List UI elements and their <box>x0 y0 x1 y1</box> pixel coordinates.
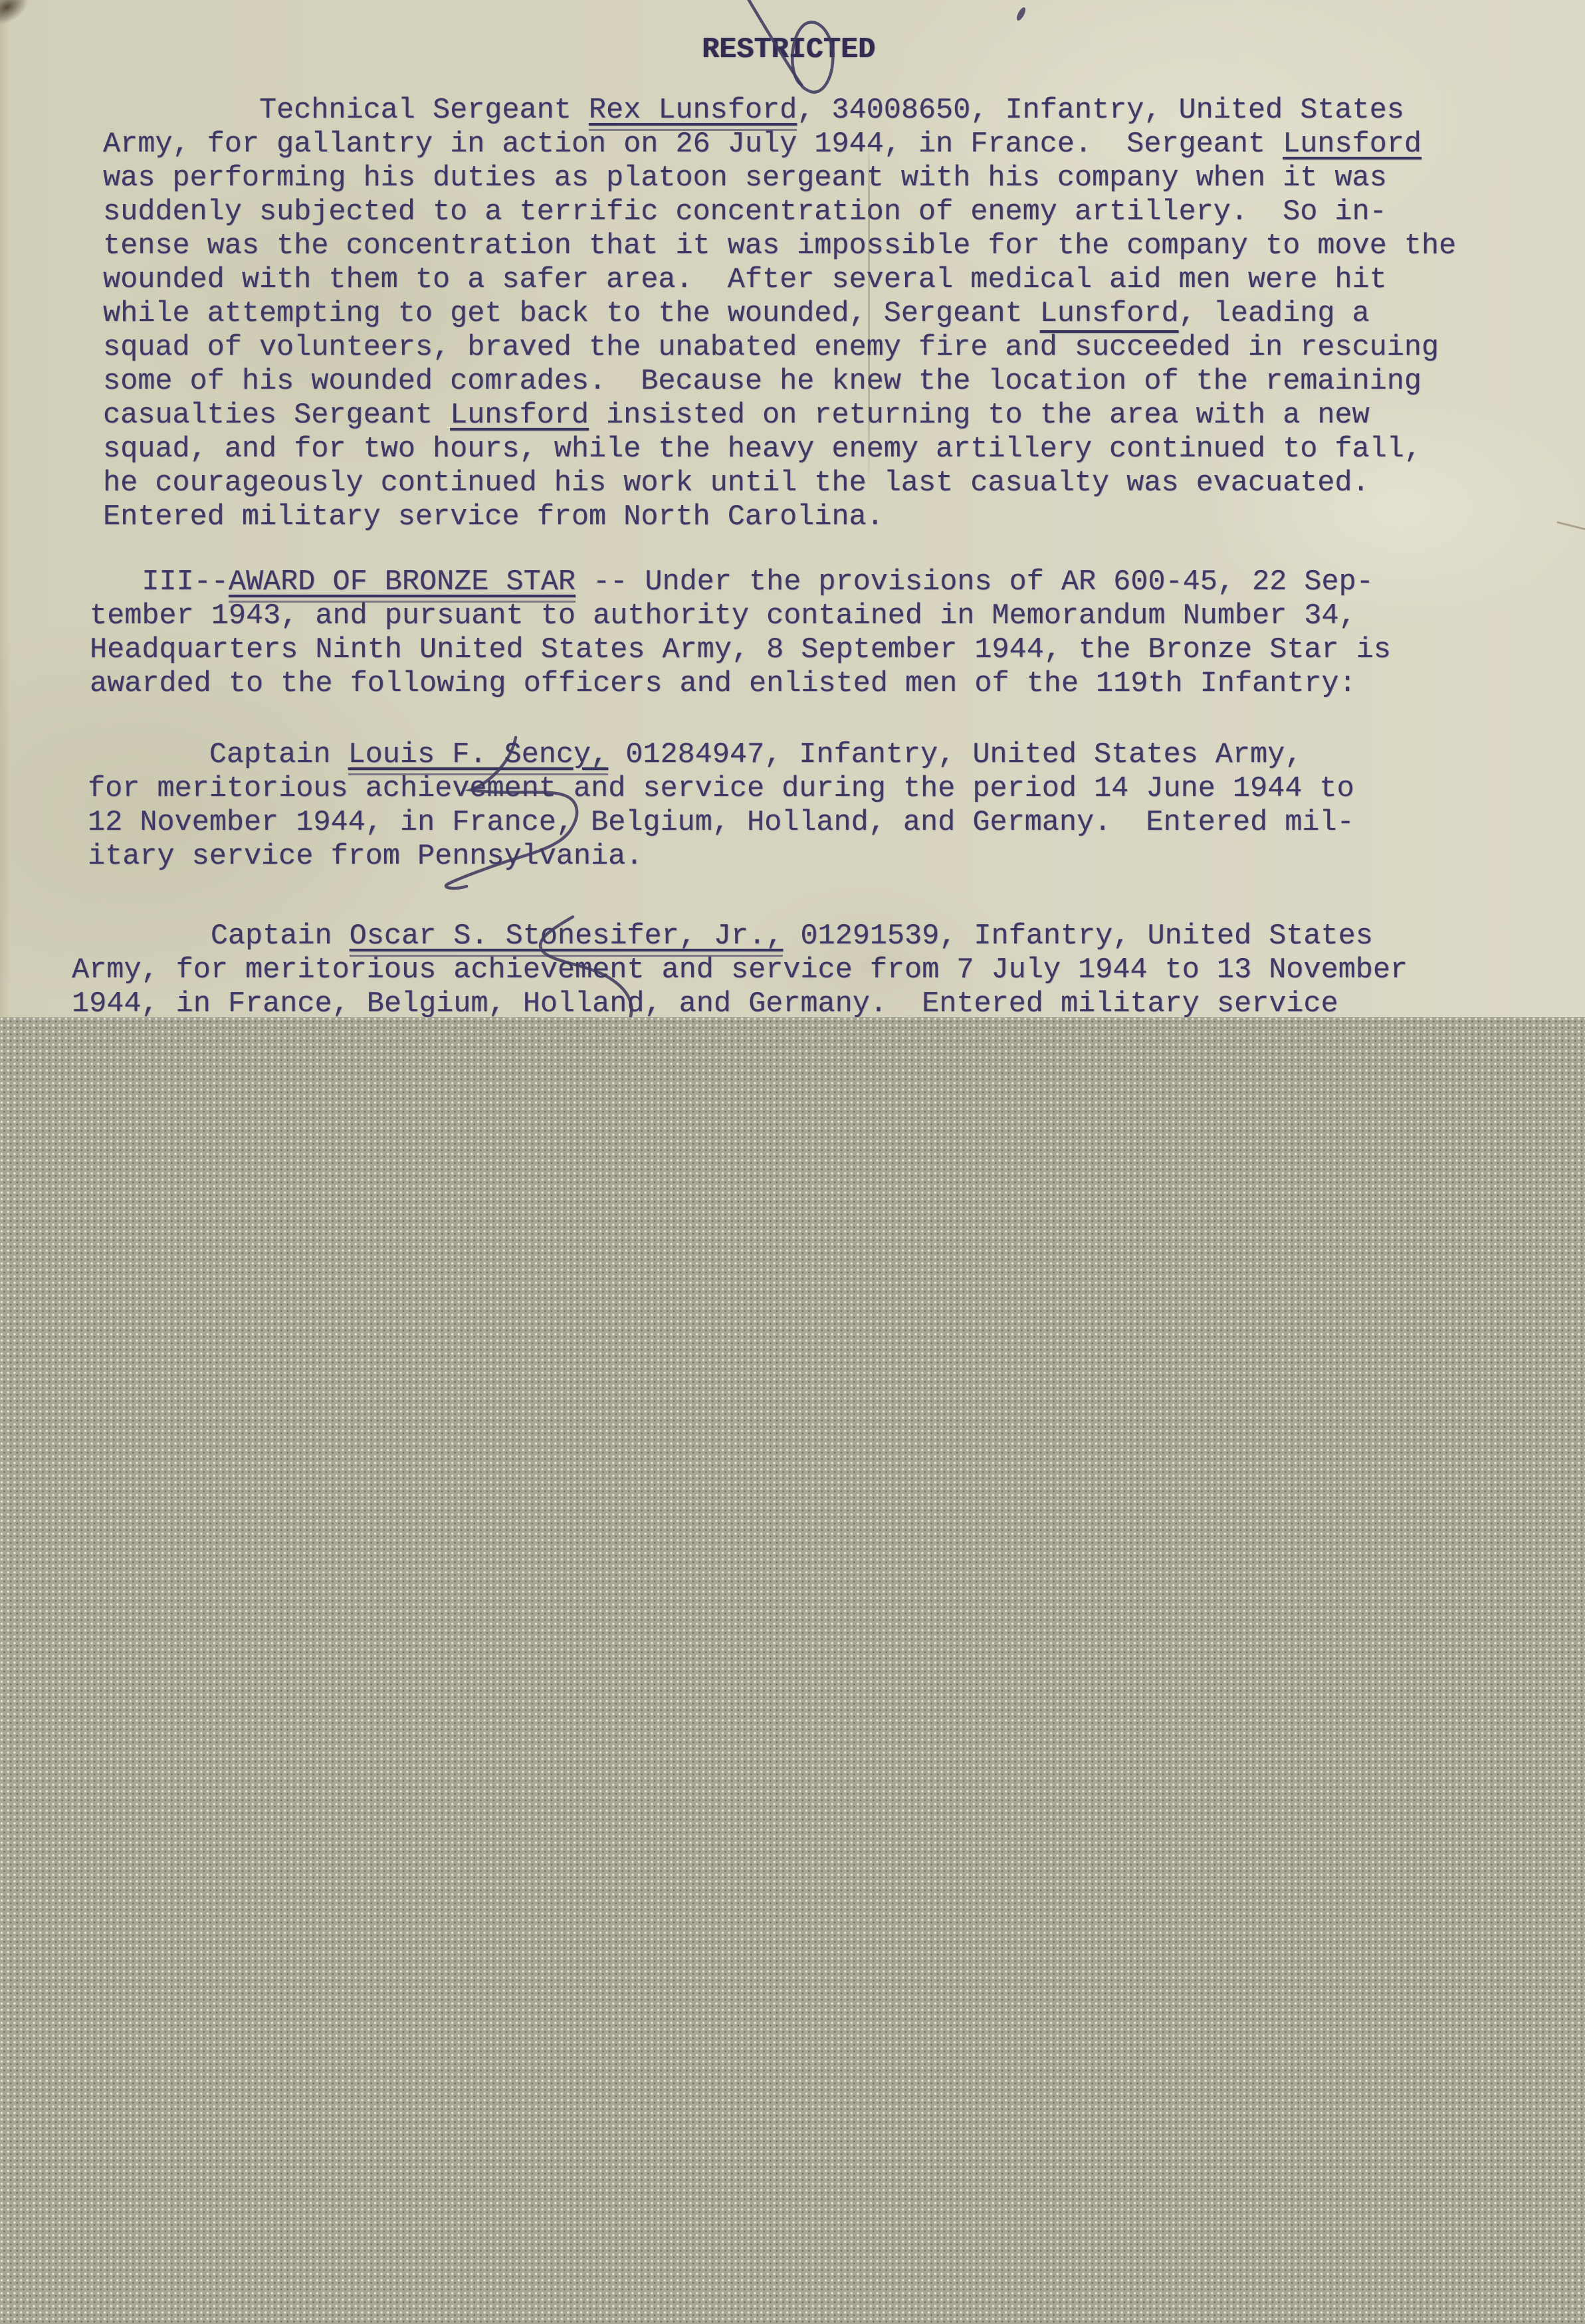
pen-mark-loop-over-restricted-icon <box>792 22 833 92</box>
pen-mark-curve-sency-icon <box>446 737 577 888</box>
scanned-document-screenshot: RESTRICTED Technical Sergeant Rex Lunsfo… <box>0 0 1585 2324</box>
document-page: RESTRICTED Technical Sergeant Rex Lunsfo… <box>0 0 1585 1017</box>
scanner-bed-background <box>0 1017 1585 2324</box>
pen-annotations-overlay <box>0 0 1585 1017</box>
pen-mark-curve-stonesifer-icon <box>540 917 631 1017</box>
